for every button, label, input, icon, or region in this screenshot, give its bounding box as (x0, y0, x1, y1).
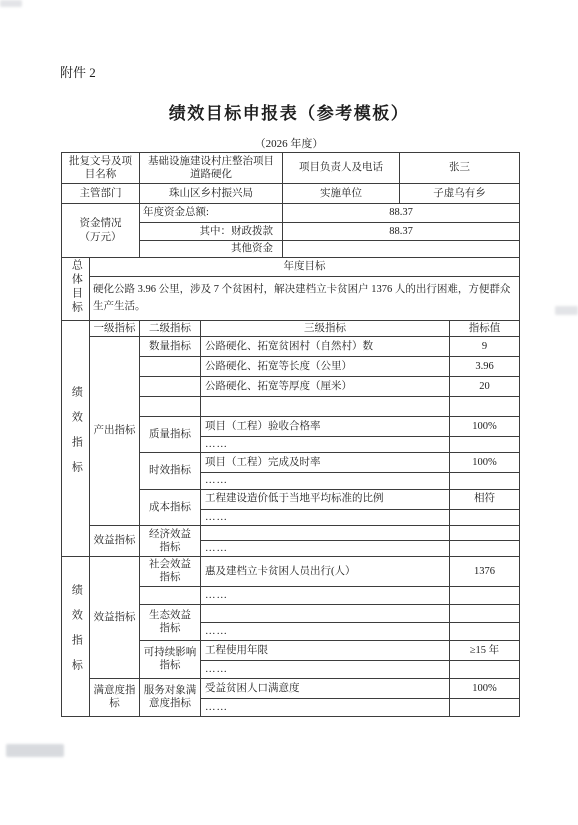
header-value: 指标值 (450, 321, 520, 337)
indicator-value: 100% (450, 453, 520, 473)
indicator-value-empty (450, 698, 520, 716)
year-subtitle: （2026 年度） (0, 135, 578, 151)
indicator-value-empty (450, 604, 520, 622)
indicator-empty-row (201, 525, 450, 540)
overall-goal-side-text: 总体目标 (69, 259, 83, 315)
indicator-empty-row (201, 604, 450, 622)
level2-empty-cell (140, 586, 201, 604)
level2-cost: 成本指标 (140, 489, 201, 525)
level1-output: 产出指标 (90, 337, 140, 525)
level2-economic: 经济效益指标 (140, 525, 201, 556)
impl-label: 实施单位 (283, 184, 400, 204)
performance-form-table: 批复文号及项目名称 基础设施建设村庄整治项目道路硬化 项目负责人及电话 张三 主… (61, 152, 520, 717)
indicator-row: 公路硬化、拓宽等长度（公里） (201, 357, 450, 377)
indicator-value: 相符 (450, 489, 520, 509)
indicator-row: 工程使用年限 (201, 640, 450, 660)
level2-quality: 质量指标 (140, 417, 201, 453)
indicator-value-empty (450, 540, 520, 556)
indicator-value-empty (450, 525, 520, 540)
leader-label: 项目负责人及电话 (283, 153, 400, 184)
leader-value: 张三 (400, 153, 520, 184)
attachment-label: 附件 2 (60, 62, 96, 81)
header-level3: 三级指标 (201, 321, 450, 337)
annual-goal-header: 年度目标 (90, 258, 520, 277)
impl-value: 子虚乌有乡 (400, 184, 520, 204)
page-title: 绩效目标申报表（参考模板） (0, 99, 578, 124)
ellipsis-row: …… (201, 622, 450, 640)
level2-quantity: 数量指标 (140, 337, 201, 357)
indicator-value-empty (450, 509, 520, 525)
document-page: 附件 2 绩效目标申报表（参考模板） （2026 年度） 批复文号及项目名称 基… (0, 0, 578, 825)
level2-ecological: 生态效益指标 (140, 604, 201, 640)
funding-label: 资金情况（万元） (62, 204, 140, 258)
header-level1: 一级指标 (90, 321, 140, 337)
dept-label: 主管部门 (62, 184, 140, 204)
dept-value: 珠山区乡村振兴局 (140, 184, 283, 204)
indicator-row: 项目（工程）验收合格率 (201, 417, 450, 437)
indicator-value-empty (450, 437, 520, 453)
scan-artifact-right-margin (555, 306, 578, 315)
header-level2: 二级指标 (140, 321, 201, 337)
indicator-value: 9 (450, 337, 520, 357)
funding-fiscal-label: 其中：财政拨款 (140, 223, 283, 241)
indicator-row: 工程建设造价低于当地平均标准的比例 (201, 489, 450, 509)
funding-total-label: 年度资金总额: (140, 204, 283, 223)
indicator-row: 惠及建档立卡贫困人员出行(人） (201, 556, 450, 586)
indicator-row: 受益贫困人口满意度 (201, 678, 450, 698)
level2-empty-cell (140, 377, 201, 397)
ellipsis-row: …… (201, 473, 450, 489)
level2-social: 社会效益指标 (140, 556, 201, 586)
level2-empty-cell (140, 357, 201, 377)
funding-label-text: 资金情况（万元） (78, 217, 122, 243)
level2-sustainability: 可持续影响指标 (140, 640, 201, 678)
annual-goal-text: 硬化公路 3.96 公里，涉及 7 个贫困村，解决建档立卡贫困户 1376 人的… (90, 276, 520, 320)
ellipsis-row: …… (201, 660, 450, 678)
doc-number-label: 批复文号及项目名称 (62, 153, 140, 184)
level2-empty-cell (140, 397, 201, 417)
overall-goal-side-label: 总体目标 (62, 258, 90, 321)
level1-benefit-2: 效益指标 (90, 556, 140, 678)
indicator-value: 20 (450, 377, 520, 397)
indicator-value-empty (450, 473, 520, 489)
indicator-value: 1376 (450, 556, 520, 586)
level2-timeliness: 时效指标 (140, 453, 201, 489)
ellipsis-row: …… (201, 540, 450, 556)
indicator-row: 项目（工程）完成及时率 (201, 453, 450, 473)
indicator-value: 100% (450, 417, 520, 437)
indicator-value-empty (450, 660, 520, 678)
perf-side-text-1: 绩效指标 (69, 386, 83, 486)
level2-service-satisfaction: 服务对象满意度指标 (140, 678, 201, 716)
perf-side-label-1: 绩效指标 (62, 321, 90, 557)
scan-artifact-smudge (6, 744, 64, 757)
ellipsis-row: …… (201, 586, 450, 604)
funding-other-label: 其他资金 (140, 241, 283, 258)
ellipsis-row: …… (201, 509, 450, 525)
scan-artifact-left-margin (0, 0, 22, 7)
indicator-value-empty (450, 586, 520, 604)
perf-side-label-2: 绩效指标 (62, 556, 90, 716)
doc-number-value: 基础设施建设村庄整治项目道路硬化 (140, 153, 283, 184)
indicator-row: 公路硬化、拓宽等厚度（厘米） (201, 377, 450, 397)
funding-other-value (283, 241, 520, 258)
ellipsis-row: …… (201, 698, 450, 716)
indicator-value: 100% (450, 678, 520, 698)
indicator-value: ≥15 年 (450, 640, 520, 660)
funding-fiscal-value: 88.37 (283, 223, 520, 241)
level1-satisfaction: 满意度指标 (90, 678, 140, 716)
perf-side-text-2: 绩效指标 (69, 584, 83, 684)
indicator-value: 3.96 (450, 357, 520, 377)
level1-benefit-1: 效益指标 (90, 525, 140, 556)
indicator-empty-row (201, 397, 450, 417)
funding-total-value: 88.37 (283, 204, 520, 223)
indicator-row: 公路硬化、拓宽贫困村（自然村）数 (201, 337, 450, 357)
indicator-value-empty (450, 622, 520, 640)
level2-economic-text: 经济效益指标 (148, 528, 192, 554)
ellipsis-row: …… (201, 437, 450, 453)
level2-social-text: 社会效益指标 (148, 558, 192, 584)
level2-ecological-text: 生态效益指标 (148, 609, 192, 635)
indicator-value-empty (450, 397, 520, 417)
